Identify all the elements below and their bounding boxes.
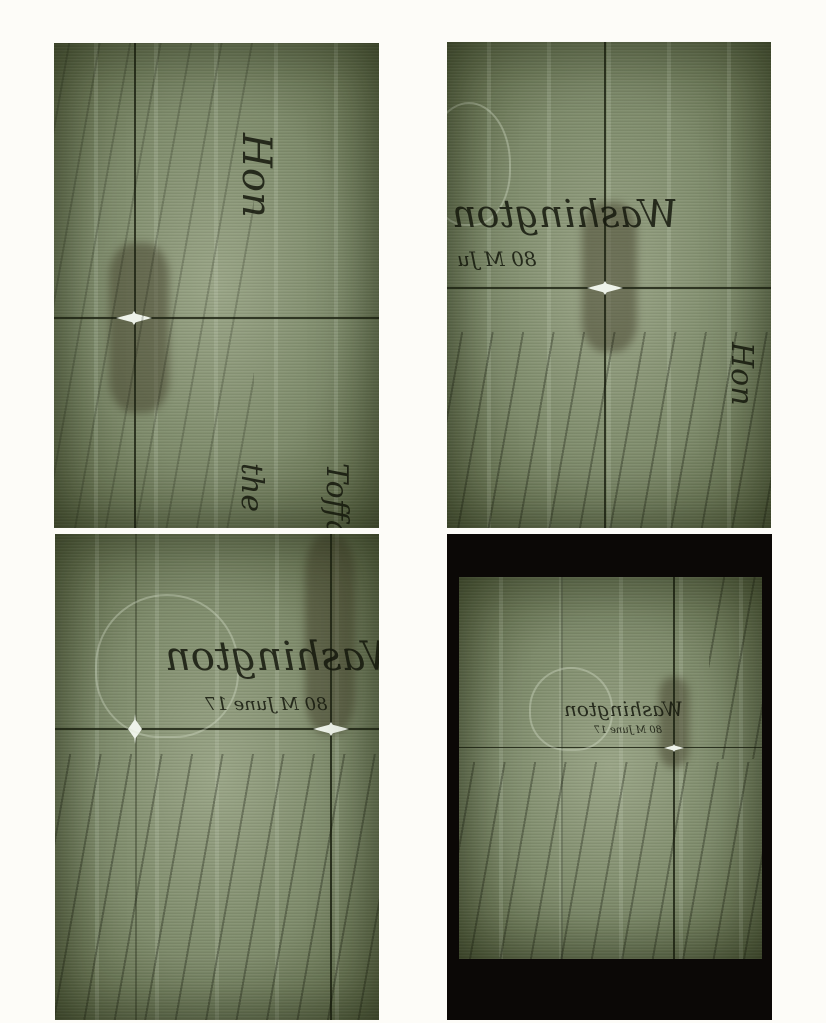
photo-top-right: Washington 80 M Ju Hon xyxy=(447,42,771,528)
photo-bottom-left: Washington 80 M June 17 xyxy=(55,534,379,1020)
photo-bottom-right: Washington 80 M June 17 xyxy=(459,577,762,959)
photo-top-left: Hon the Toffa xyxy=(54,43,379,528)
